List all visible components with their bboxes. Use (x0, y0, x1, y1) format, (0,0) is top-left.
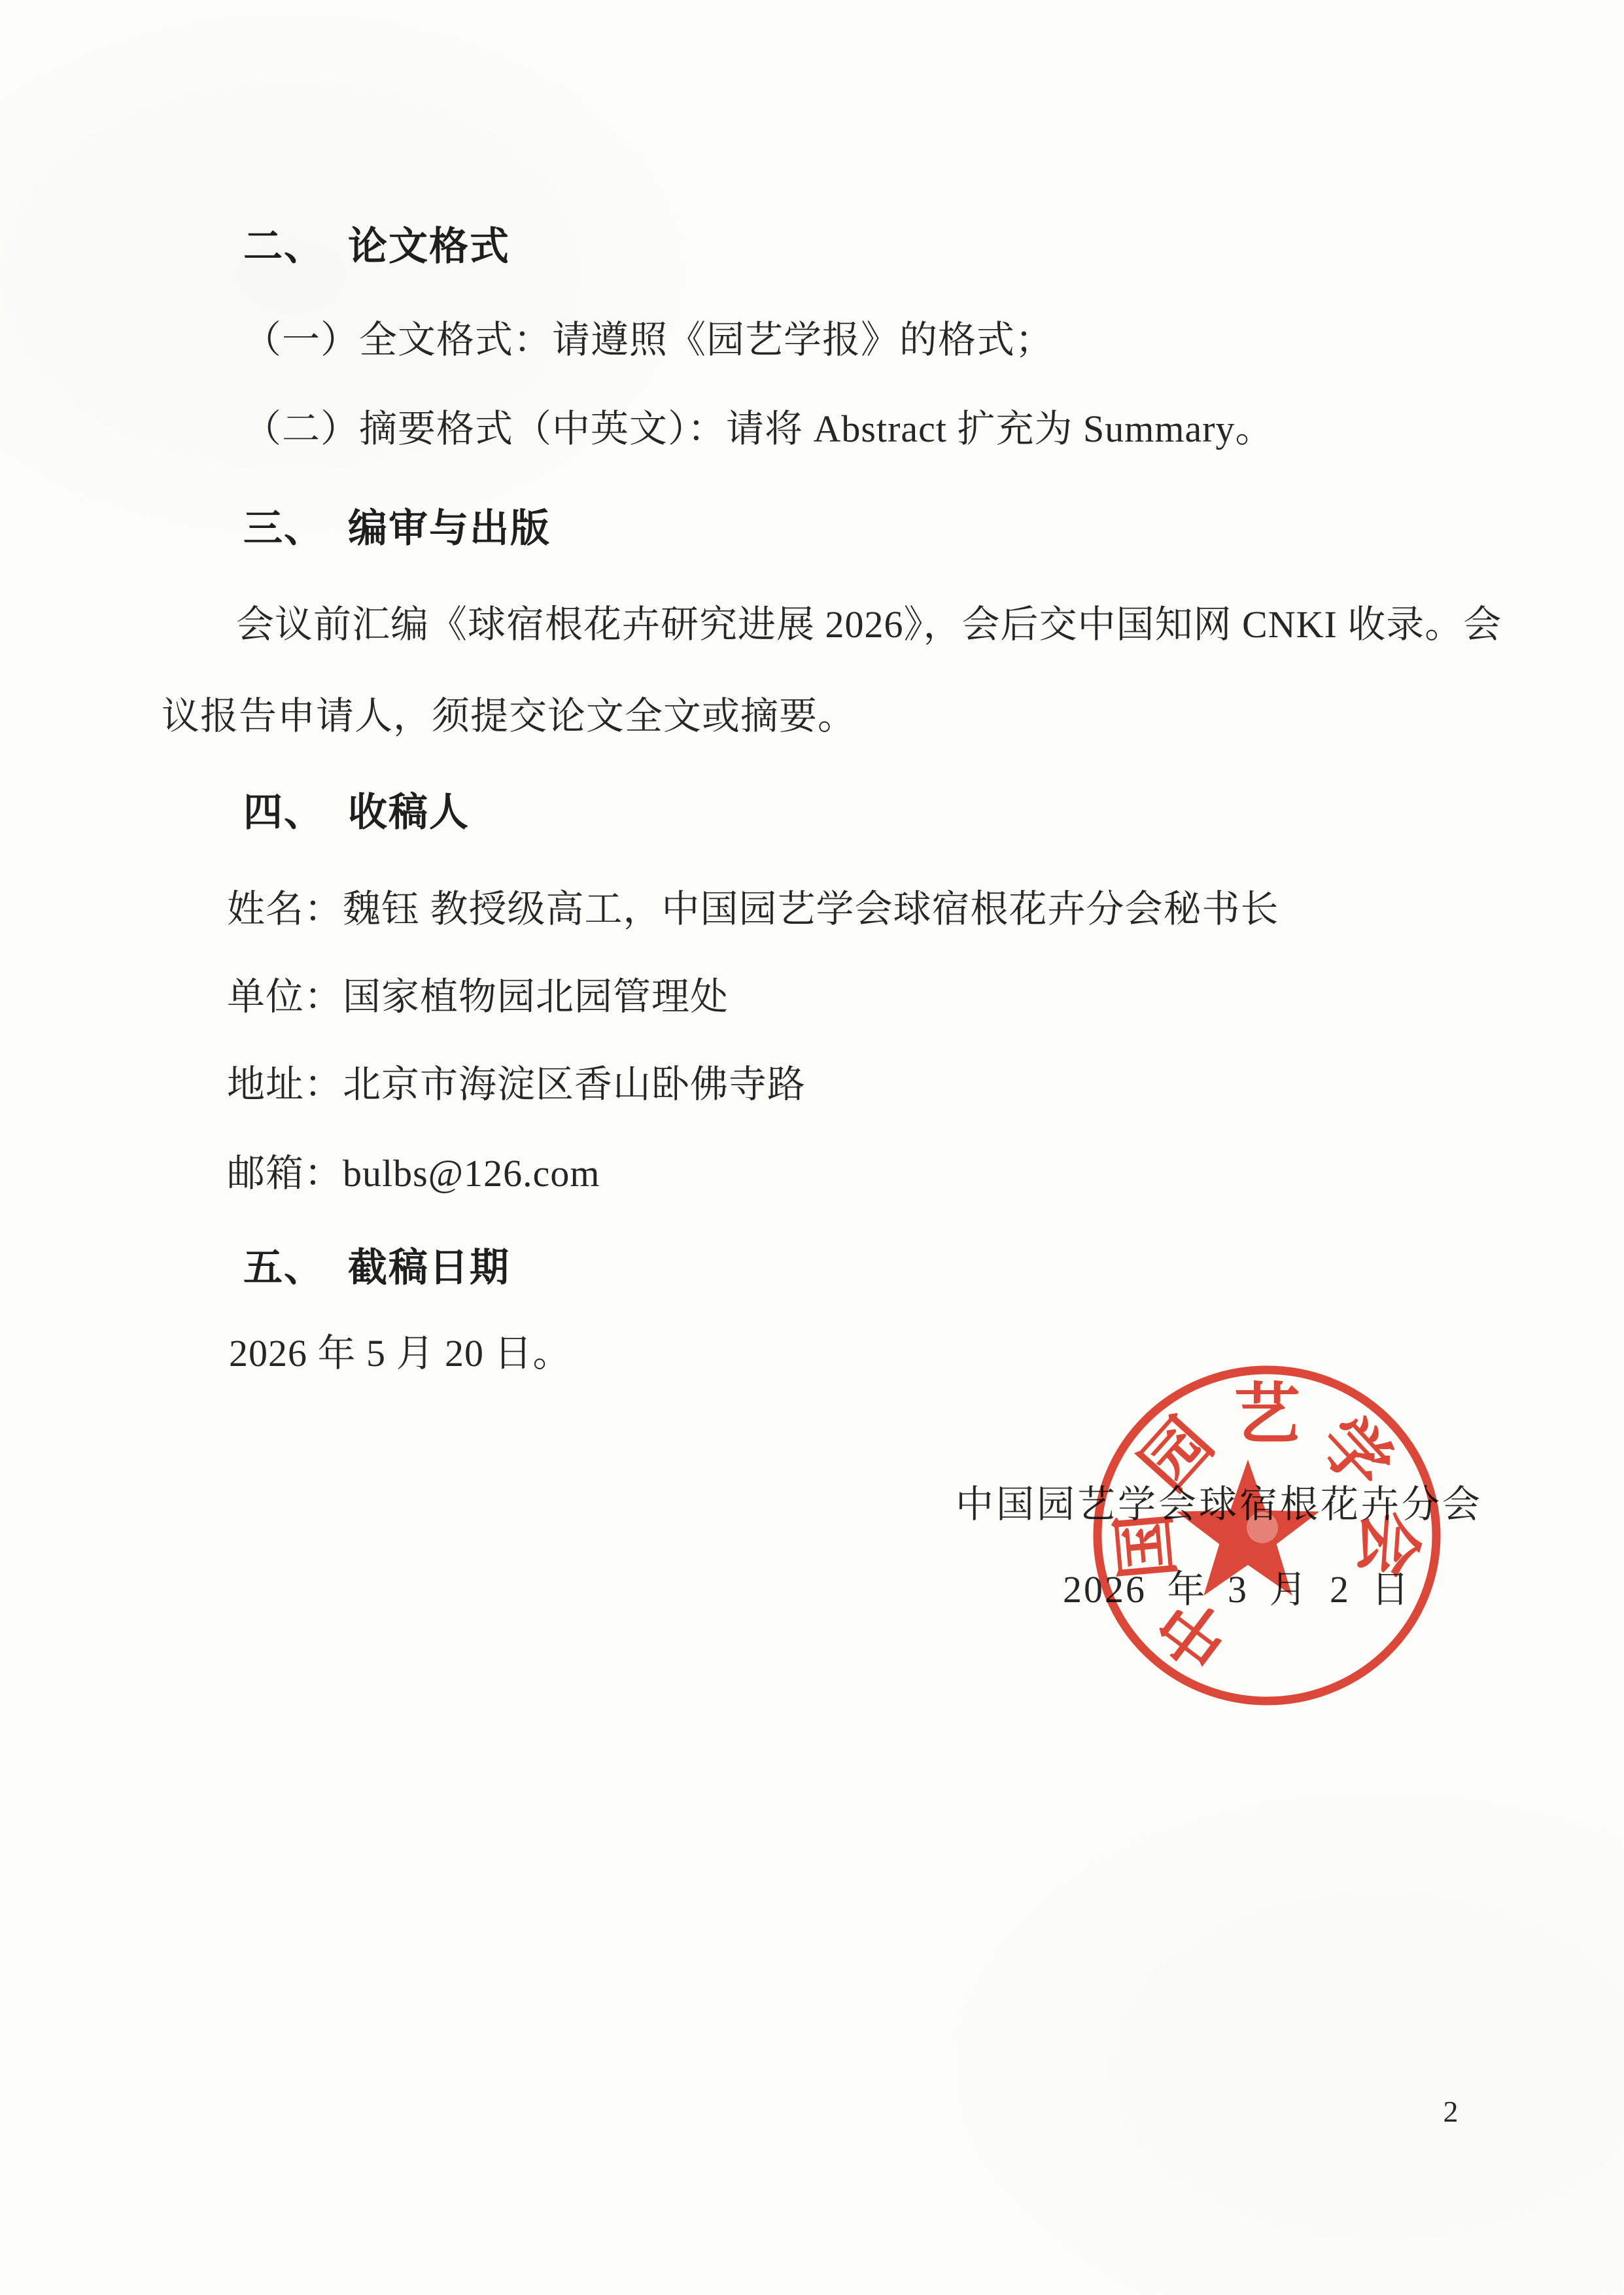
official-seal: 中 国 园 艺 学 会 (1071, 1339, 1463, 1732)
section-publishing-title: 编审与出版 (348, 505, 551, 552)
seal-ring-char-guo: 国 (1106, 1509, 1186, 1583)
section-publishing-heading: 三、编审与出版 (243, 505, 551, 552)
recipient-address-line: 地址：北京市海淀区香山卧佛寺路 (227, 1061, 806, 1108)
section-format-title: 论文格式 (348, 223, 510, 270)
seal-ring-char-hui: 会 (1348, 1508, 1427, 1580)
publishing-paragraph-line1: 会议前汇编《球宿根花卉研究进展 2026》，会后交中国知网 CNKI 收录。会 (236, 601, 1502, 648)
publishing-paragraph-line2: 议报告申请人，须提交论文全文或摘要。 (162, 693, 856, 740)
section-deadline-heading: 五、截稿日期 (243, 1244, 510, 1291)
section-recipient-heading: 四、收稿人 (243, 789, 470, 836)
document-page: 二、论文格式 （一）全文格式：请遵照《园艺学报》的格式； （二）摘要格式（中英文… (0, 0, 1624, 2295)
page-number: 2 (1436, 2094, 1465, 2130)
section-recipient-title: 收稿人 (348, 789, 470, 836)
seal-ring-char-yi: 艺 (1234, 1377, 1300, 1452)
section-publishing-number: 三、 (243, 505, 324, 552)
recipient-unit-line: 单位：国家植物园北园管理处 (227, 973, 729, 1021)
recipient-email-line: 邮箱：bulbs@126.com (227, 1150, 600, 1197)
format-item-abstract: （二）摘要格式（中英文）：请将 Abstract 扩充为 Summary。 (243, 406, 1274, 453)
section-deadline-title: 截稿日期 (348, 1244, 510, 1291)
deadline-date-line: 2026 年 5 月 20 日。 (229, 1330, 572, 1377)
section-deadline-number: 五、 (243, 1244, 324, 1291)
star-ink-highlight (1247, 1512, 1278, 1543)
section-recipient-number: 四、 (243, 789, 324, 836)
official-seal-graphic: 中 国 园 艺 学 会 (1071, 1339, 1463, 1732)
section-format-heading: 二、论文格式 (243, 223, 510, 270)
recipient-name-line: 姓名：魏钰 教授级高工，中国园艺学会球宿根花卉分会秘书长 (227, 886, 1279, 933)
section-format-number: 二、 (243, 223, 324, 270)
format-item-fulltext: （一）全文格式：请遵照《园艺学报》的格式； (243, 317, 1054, 364)
